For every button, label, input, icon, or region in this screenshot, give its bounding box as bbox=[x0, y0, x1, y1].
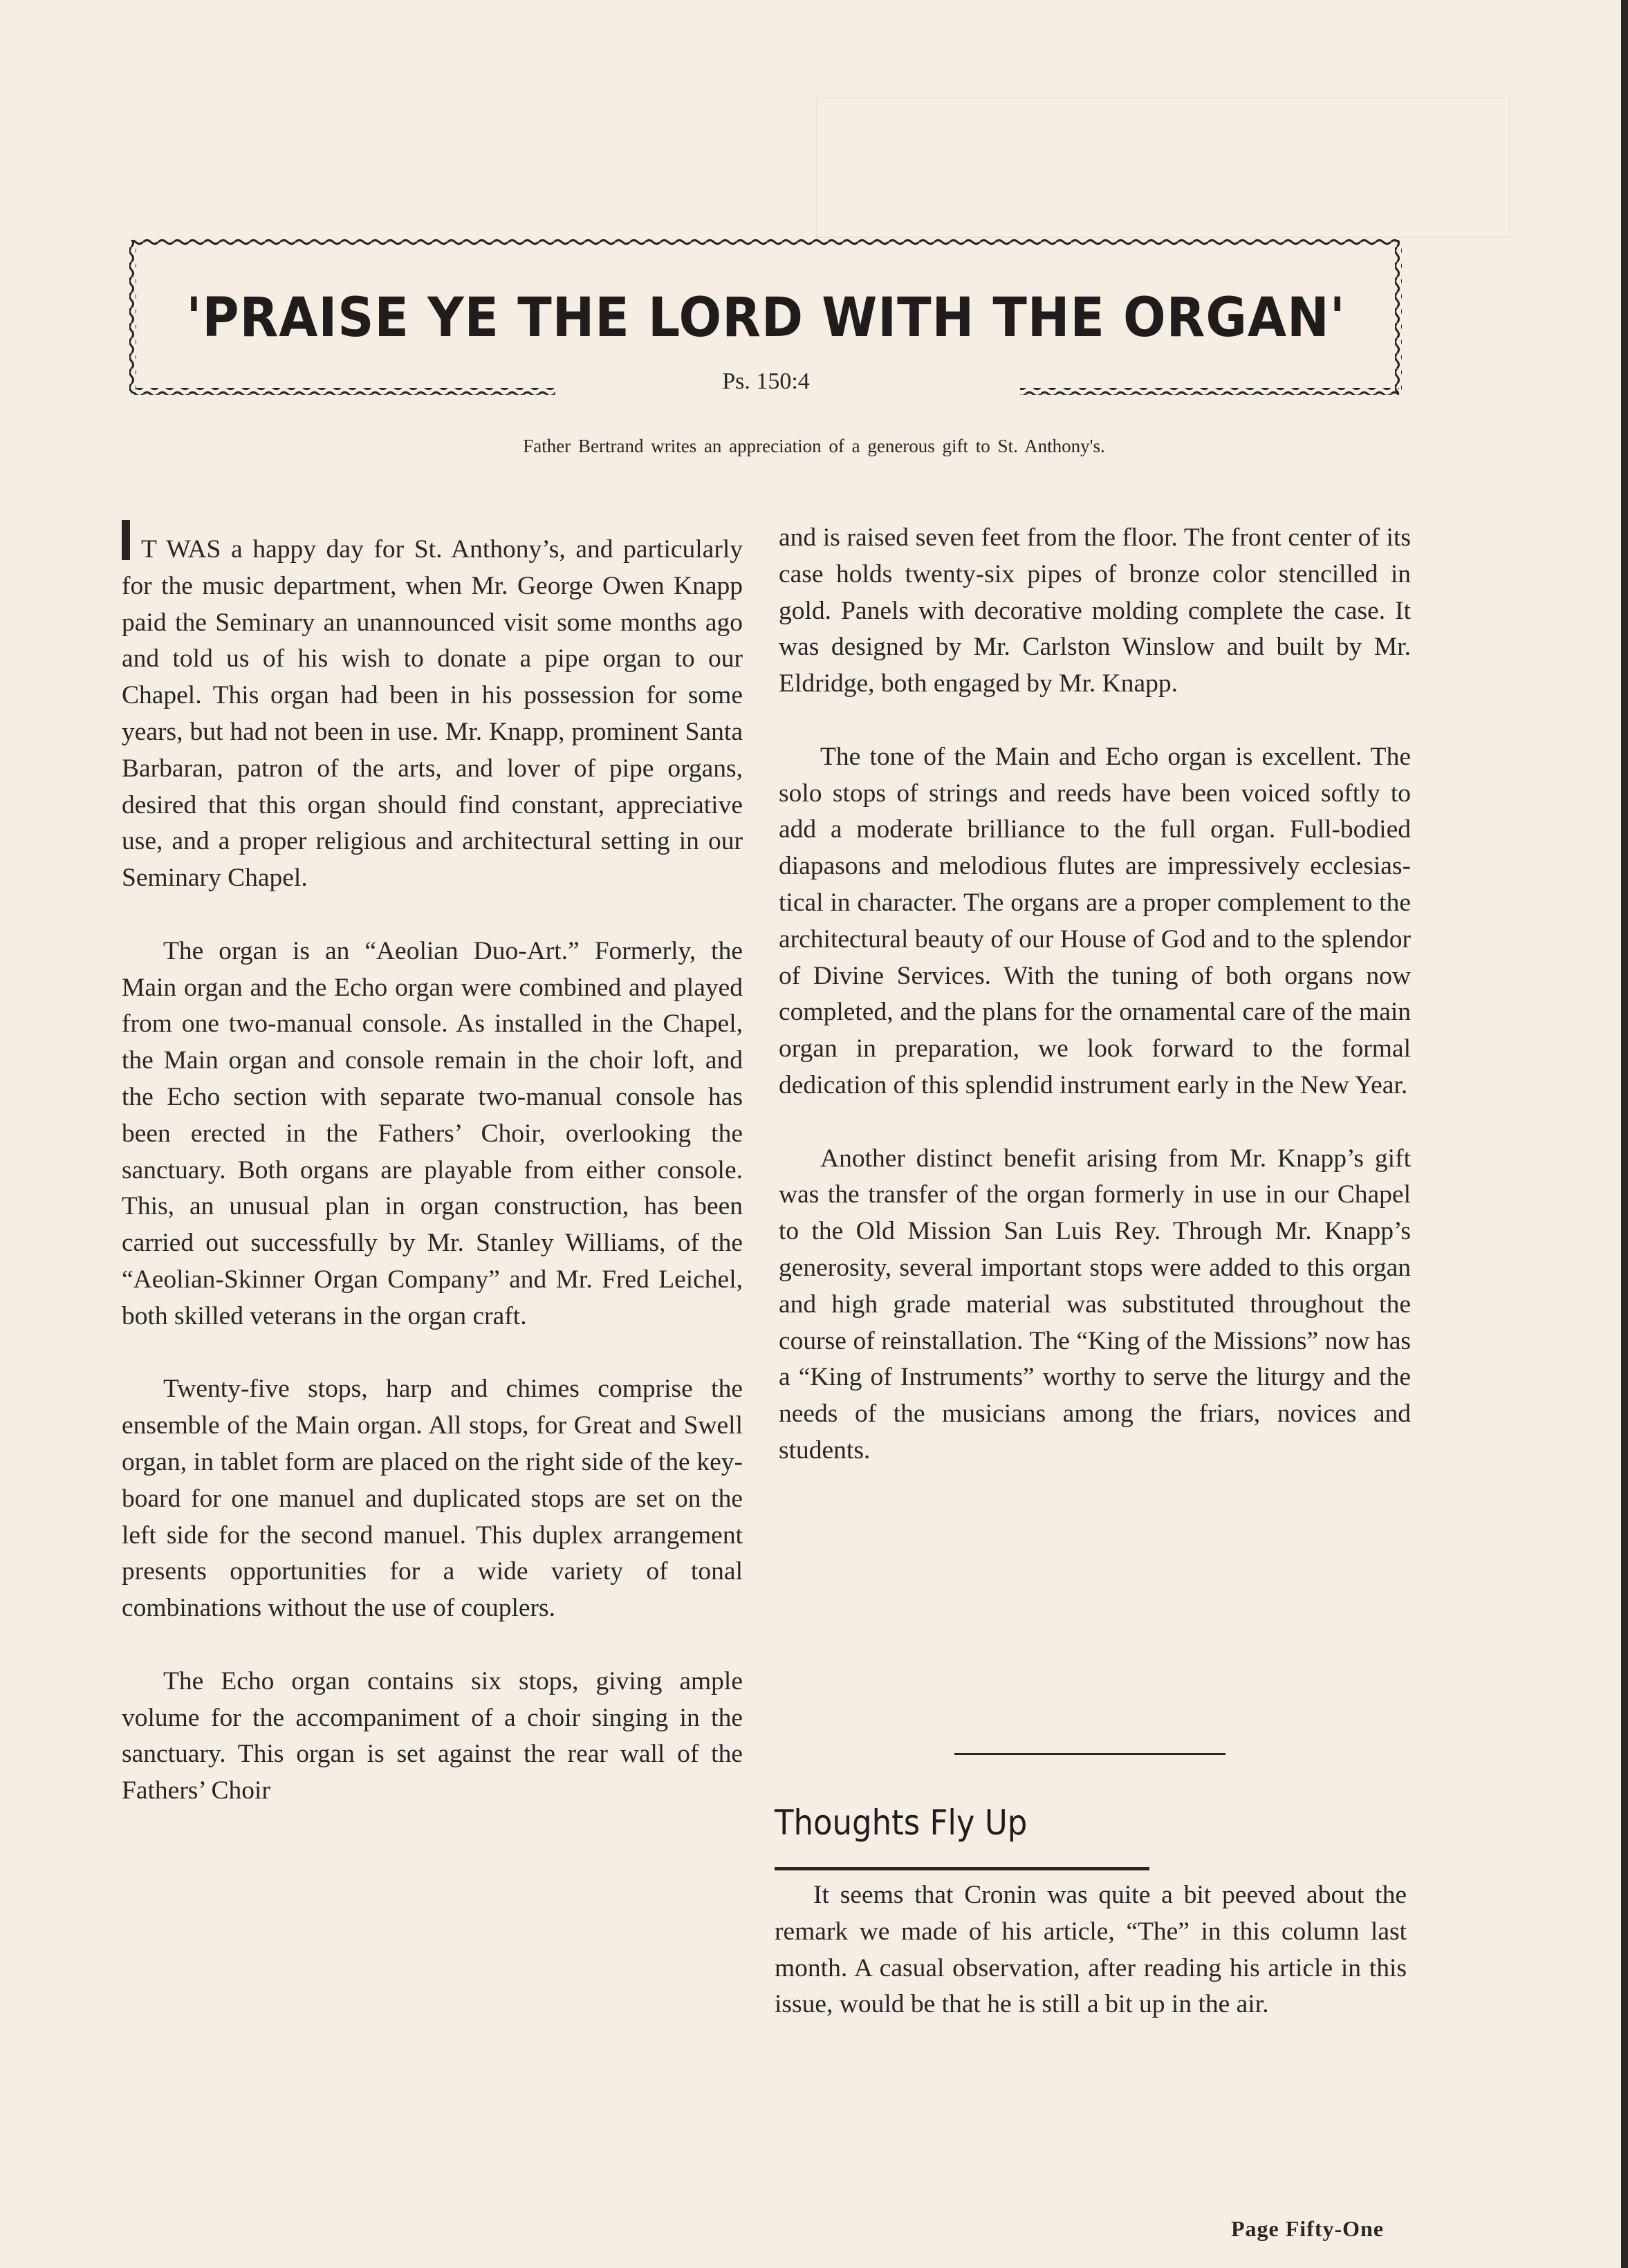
scripture-reference: Ps. 150:4 bbox=[128, 369, 1404, 395]
left-column: T WAS a happy day for St. Anthony’s, and… bbox=[122, 520, 743, 1810]
paragraph: Another distinct benefit arising from Mr… bbox=[779, 1141, 1411, 1469]
paragraph: The organ is an “Aeolian Duo-Art.” For­m… bbox=[122, 933, 743, 1335]
heading-underline bbox=[775, 1867, 1149, 1870]
paragraph: Twenty-five stops, harp and chimes compr… bbox=[122, 1371, 743, 1627]
paragraph: The Echo organ contains six stops, givin… bbox=[122, 1664, 743, 1810]
article-title: 'PRAISE YE THE LORD WITH THE ORGAN' bbox=[173, 287, 1360, 349]
sidebar-heading: Thoughts Fly Up bbox=[775, 1803, 1027, 1843]
title-frame: 'PRAISE YE THE LORD WITH THE ORGAN' Ps. … bbox=[128, 232, 1404, 398]
paragraph: It seems that Cronin was quite a bit pee… bbox=[775, 1877, 1407, 2023]
paragraph: and is raised seven feet from the floor.… bbox=[779, 520, 1411, 703]
section-separator bbox=[954, 1753, 1225, 1755]
bleed-through-box bbox=[816, 97, 1510, 238]
paragraph: T WAS a happy day for St. Anthony’s, and… bbox=[122, 520, 743, 897]
paragraph-text: T WAS a happy day for St. Anthony’s, and… bbox=[122, 535, 743, 892]
article-byline: Father Bertrand writes an appreciation o… bbox=[0, 436, 1628, 457]
page-number: Page Fifty-One bbox=[1231, 2216, 1384, 2242]
right-column: and is raised seven feet from the floor.… bbox=[779, 520, 1411, 1469]
paragraph: The tone of the Main and Echo organ is e… bbox=[779, 739, 1411, 1104]
drop-cap-i bbox=[122, 520, 130, 560]
sidebar-body: It seems that Cronin was quite a bit pee… bbox=[775, 1877, 1407, 2023]
page-edge-shadow bbox=[1621, 0, 1628, 2268]
